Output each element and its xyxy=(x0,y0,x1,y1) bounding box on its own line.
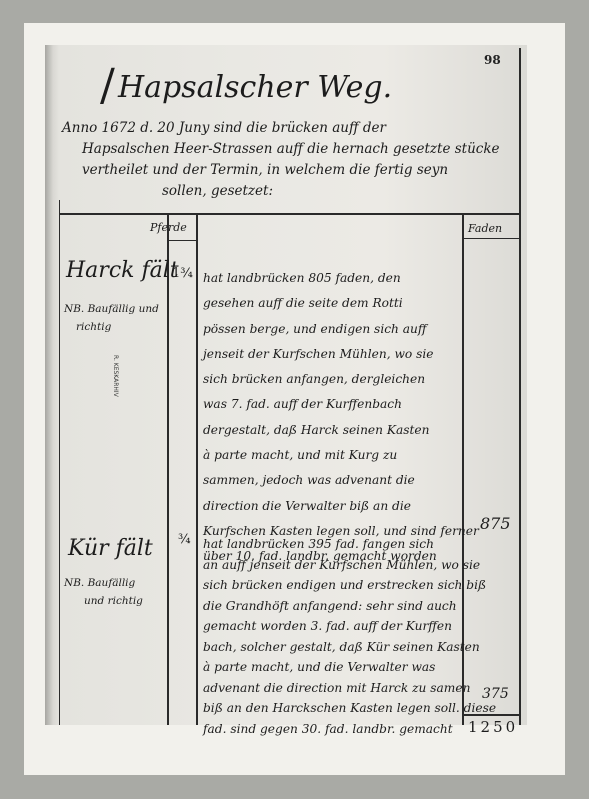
entry-note: NB. Baufällig und richtig xyxy=(64,574,143,610)
text-line: was 7. fad. auff der Kurffenbach xyxy=(203,392,479,417)
entry-note: NB. Baufällig und richtig xyxy=(64,300,159,336)
photo-shadow-edge xyxy=(45,45,53,725)
page-title: Hapsalscher Weg. xyxy=(118,70,392,105)
amount-header-rule xyxy=(462,238,520,239)
intro-line: Anno 1672 d. 20 Juny sind die brücken au… xyxy=(62,118,532,139)
entry-text: hat landbrücken 805 faden, den gesehen a… xyxy=(203,266,479,570)
text-line: gemacht worden 3. fad. auff der Kurffen xyxy=(203,616,496,637)
text-line: sich brücken anfangen, dergleichen xyxy=(203,367,479,392)
text-line: fad. sind gegen 30. fad. landbr. gemacht xyxy=(203,719,496,740)
text-line: direction die Verwalter biß an die xyxy=(203,494,479,519)
text-line: pössen berge, und endigen sich auff xyxy=(203,317,479,342)
text-line: hat landbrücken 805 faden, den xyxy=(203,266,479,291)
text-line: sammen, jedoch was advenant die xyxy=(203,468,479,493)
text-line: gesehen auff die seite dem Rotti xyxy=(203,291,479,316)
text-line: advenant die direction mit Harck zu same… xyxy=(203,678,496,699)
column-header-fathoms: Faden xyxy=(468,222,502,235)
intro-line: Hapsalschen Heer-Strassen auff die herna… xyxy=(62,139,532,160)
horses-header-rule xyxy=(167,240,196,241)
total-amount: 1250 xyxy=(468,718,518,736)
note-line: und richtig xyxy=(64,592,143,610)
text-line: dergestalt, daß Harck seinen Kasten xyxy=(203,418,479,443)
intro-line: sollen, gesetzet: xyxy=(62,181,532,202)
column-header-horses: Pferde xyxy=(150,221,187,234)
text-line: à parte macht, und die Verwalter was xyxy=(203,657,496,678)
text-line: jenseit der Kurfschen Mühlen, wo sie xyxy=(203,342,479,367)
entry-amount: 375 xyxy=(482,686,509,702)
intro-line: vertheilet und der Termin, in welchem di… xyxy=(62,160,532,181)
title-flourish: / xyxy=(100,60,115,111)
note-line: richtig xyxy=(64,318,159,336)
text-line: an auff jenseit der Kurfschen Mühlen, wo… xyxy=(203,555,496,576)
text-line: hat landbrücken 395 fad. fangen sich xyxy=(203,534,496,555)
note-line: NB. Baufällig xyxy=(64,574,143,592)
intro-paragraph: Anno 1672 d. 20 Juny sind die brücken au… xyxy=(62,118,532,202)
note-line: NB. Baufällig und xyxy=(64,300,159,318)
page-number: 98 xyxy=(484,53,501,67)
entry-horses: 1¾ xyxy=(172,266,193,281)
entry-amount: 875 xyxy=(480,514,511,533)
horses-column-left-rule xyxy=(167,213,169,725)
entry-horses: ¾ xyxy=(178,532,191,547)
text-line: bach, solcher gestalt, daß Kür seinen Ka… xyxy=(203,637,496,658)
text-line: biß an den Harckschen Kasten legen soll.… xyxy=(203,698,496,719)
left-margin-rule xyxy=(59,200,60,725)
text-line: die Grandhöft anfangend: sehr sind auch xyxy=(203,596,496,617)
text-line: à parte macht, und mit Kurg zu xyxy=(203,443,479,468)
archive-stamp: R. KESKARHIV xyxy=(112,355,119,397)
entry-name: Harck fält xyxy=(66,258,179,283)
entry-name: Kür fält xyxy=(68,536,153,561)
text-line: sich brücken endigen und erstrecken sich… xyxy=(203,575,496,596)
table-top-rule xyxy=(59,213,520,215)
entry-text: hat landbrücken 395 fad. fangen sich an … xyxy=(203,534,496,739)
horses-column-right-rule xyxy=(196,213,198,725)
